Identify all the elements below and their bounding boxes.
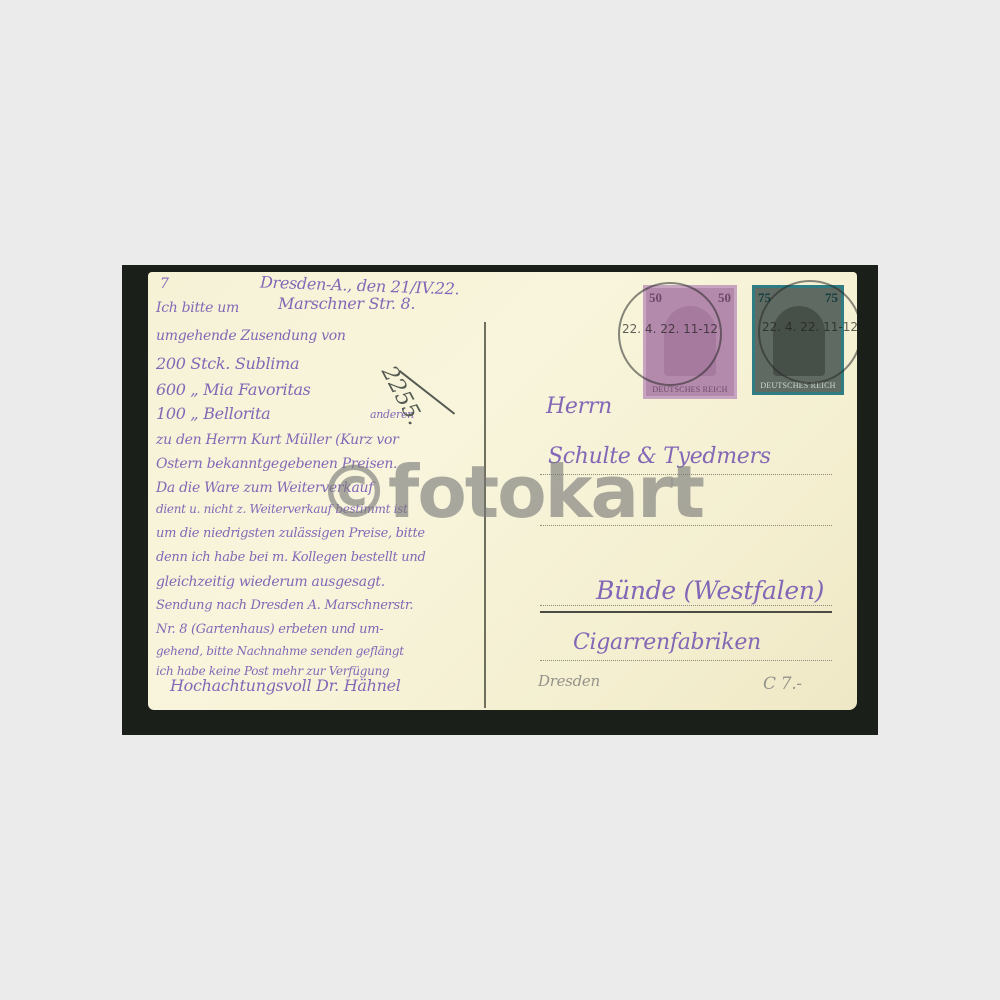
- message-line: zu den Herrn Kurt Müller (Kurz vor: [156, 432, 399, 448]
- message-line: Ich bitte um: [156, 300, 239, 316]
- signature: Hochachtungsvoll Dr. Hähnel: [170, 676, 401, 695]
- postmark-date: 22. 4. 22. 11-12: [760, 320, 857, 334]
- postmark-circle-icon: 22. 4. 22. 11-12: [758, 280, 857, 384]
- message-line: gleichzeitig wiederum ausgesagt.: [156, 574, 385, 590]
- corner-mark: 7: [160, 276, 169, 292]
- address-line: [540, 605, 832, 606]
- sender-address: Marschner Str. 8.: [278, 294, 415, 313]
- message-line: umgehende Zusendung von: [156, 328, 346, 344]
- message-line: Nr. 8 (Gartenhaus) erbeten und um-: [156, 622, 383, 637]
- stamp-value: 50: [718, 290, 731, 306]
- message-line: denn ich habe bei m. Kollegen bestellt u…: [156, 550, 425, 565]
- recipient-business: Cigarrenfabriken: [573, 630, 761, 655]
- fotokart-watermark: ©fotokart: [318, 456, 703, 528]
- postmark-circle-icon: 22. 4. 22. 11-12: [618, 282, 722, 386]
- message-line: gehend, bitte Nachnahme senden geflängt: [156, 644, 404, 658]
- pencil-price: C 7.-: [763, 674, 802, 694]
- recipient-city: Bünde (Westfalen): [596, 576, 824, 605]
- address-line: [540, 660, 832, 661]
- message-line: 100 „ Bellorita: [156, 404, 270, 423]
- message-line: 600 „ Mia Favoritas: [156, 380, 311, 399]
- city-underline: [540, 611, 832, 613]
- postmark-date: 22. 4. 22. 11-12: [620, 322, 720, 336]
- message-line: 200 Stck. Sublima: [156, 354, 299, 373]
- message-line: Sendung nach Dresden A. Marschnerstr.: [156, 598, 413, 613]
- salutation: Herrn: [546, 394, 612, 419]
- stamp-country: DEUTSCHES REICH: [646, 385, 734, 394]
- pencil-note: Dresden: [538, 672, 600, 690]
